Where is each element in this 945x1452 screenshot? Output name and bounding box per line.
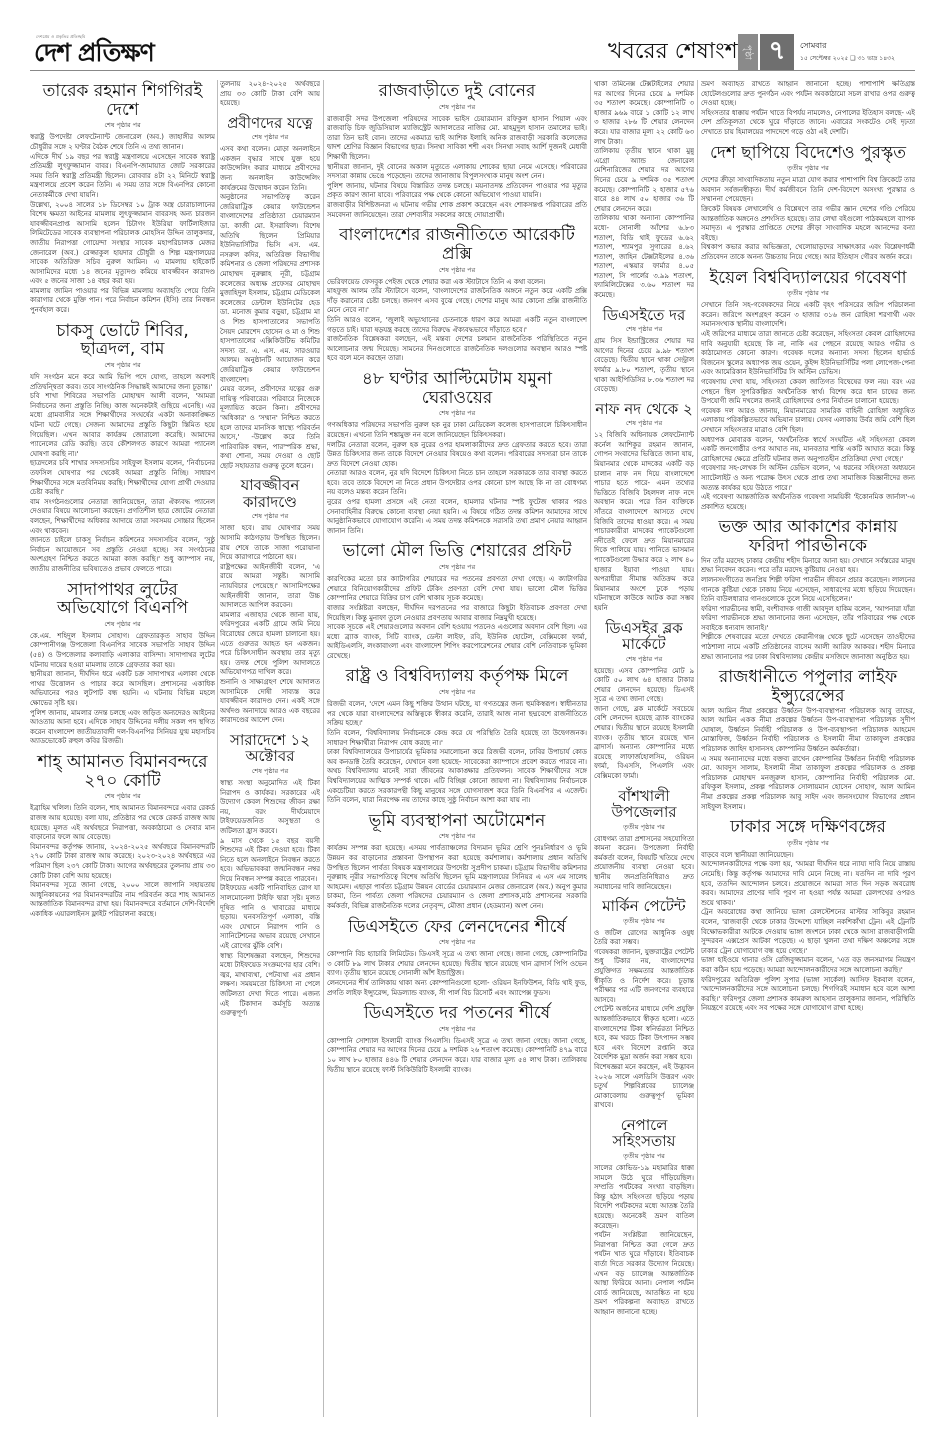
paragraph: জানতে চাইলে চাকসু নির্বাচন কমিশনের সদস্য… — [30, 536, 215, 574]
continuation-label: শেষ পৃষ্ঠার পর — [30, 120, 215, 131]
paragraph: দলটির নেতারা বলেন, নুরুল হক নুরের ওপর হা… — [327, 441, 587, 470]
paragraph: এদিকে দীর্ঘ ১৯ বছর পর স্বরাষ্ট্র মন্ত্রণ… — [30, 153, 215, 201]
paragraph: রাজনৈতিক বিশ্লেষকরা বলছেন, এই মন্তব্য দে… — [327, 335, 587, 364]
article: সাদাপাথর লুটের অভিযোগে বিএনপিশেষ পৃষ্ঠার… — [30, 581, 215, 748]
paragraph: ফরিদপুরের অতিরিক্ত পুলিশ সুপার (ভাঙ্গা স… — [701, 976, 915, 1014]
continuation-label: শেষ পৃষ্ঠার পর — [220, 132, 320, 143]
paragraph: গবেষণায় দেখা যায়, সহিংসতা কেবল জাতিগত … — [701, 378, 915, 407]
continuation-label: তৃতীয় পৃষ্ঠার পর — [594, 1151, 694, 1162]
paragraph: ১২ বিজিবি অধিনায়ক লেফটেন্যান্ট কর্নেল আ… — [594, 431, 694, 613]
article: রাজবাড়ীতে দুই বোনেরশেষ পৃষ্ঠার পররাজবাড… — [327, 82, 587, 220]
article-headline[interactable]: তারেক রহমান শিগগিরই দেশে — [30, 82, 215, 119]
article-headline[interactable]: ৪৮ ঘণ্টার আল্টিমেটাম যমুনা ঘেরাওয়ের — [327, 370, 587, 407]
article-headline[interactable]: ডিএসইতে ফের লেনদেনের শীর্ষে — [327, 918, 587, 937]
newspaper-logo[interactable]: দেশ প্রতিক্ষণ — [34, 39, 154, 67]
paragraph: দেশের ক্রীড়া সাংবাদিকতায় নতুন মাত্রা য… — [701, 176, 915, 205]
article-headline[interactable]: মার্কিন পেটেন্ট — [594, 898, 694, 915]
paragraph: কে.এম. শহিদুল ইসলাম সোহাগ। গ্রেফতারকৃত স… — [30, 632, 215, 670]
article: ডিএসইতে ফের লেনদেনের শীর্ষেশেষ পৃষ্ঠার প… — [327, 918, 587, 999]
paragraph: ভ্রমণ অব্যাহত রাখতে আহ্বান জানানো হচ্ছে।… — [701, 80, 915, 109]
paragraph: সাবেক সূচকে এই শেয়ারগুলোর অবদান বেশি হও… — [327, 623, 587, 661]
article: ইয়েল বিশ্ববিদ্যালয়ের গবেষণাতৃতীয় পৃষ্… — [701, 269, 915, 513]
paragraph: মেয়র বলেন, প্রবীণদের যত্নের গুরু দায়িত… — [220, 385, 320, 471]
article: সারাদেশে ১২ অক্টোবরশেষ পৃষ্ঠার পরস্বাস্থ… — [220, 732, 320, 1019]
column-divider — [323, 80, 324, 1417]
article-headline[interactable]: ভূমি ব্যবস্থাপনা অটোমেশন — [327, 812, 587, 831]
paragraph: টাইফয়েড একটি পানিবাহিত রোগ যা সালমোনেলা… — [220, 884, 320, 951]
paragraph: আল আমিন নীমা প্রকল্পের উর্ধ্বতন উপ-ব্যবস… — [701, 707, 915, 755]
column-divider — [217, 80, 218, 1417]
paragraph: ৯ মাস থেকে ১৫ বছর বয়সী শিশুদের এই টিকা … — [220, 837, 320, 885]
paragraph: বিশ্বকাপ কভার করার অভিজ্ঞতা, খেলোয়াড়দে… — [701, 243, 915, 262]
article-headline[interactable]: রাজবাড়ীতে দুই বোনের — [327, 82, 587, 101]
article-body: কার্যক্রম সম্পন্ন করা হয়েছে। এসময় পার্… — [327, 844, 587, 911]
article-headline[interactable]: ডিএসইতে দর পতনের শীর্ষে — [327, 1004, 587, 1023]
article-headline[interactable]: ভক্ত আর আকাশের কান্নায় ফরিদা পারভীনকে — [701, 518, 915, 555]
article-body: গণঅধিকার পরিষদের সভাপতি নুরুল হক নুর ঢাক… — [327, 421, 587, 536]
paragraph: শুনানি ও সাক্ষ্যগ্রহণ শেষে আদালত আসামিকে… — [220, 678, 320, 726]
paragraph: সালের কোভিড-১৯ মহামারির ধাক্কা সামলে উঠে… — [594, 1164, 694, 1231]
article-body: কোম্পানি বিচ হ্যাচারি লিমিটেড। ডিএসই সূত… — [327, 950, 587, 998]
article-body: সালের কোভিড-১৯ মহামারির ধাক্কা সামলে উঠে… — [594, 1164, 694, 1318]
article: ডিএসইর ব্লক মার্কেটেশেষ পৃষ্ঠার পরহয়েছে… — [594, 620, 694, 782]
paragraph: তুলনায় ২০২৪-২০২৫ অর্থবছরে প্রায় ৩৩ কোট… — [220, 80, 320, 109]
continuation-label: শেষ পৃষ্ঠার পর — [327, 265, 587, 276]
article-headline[interactable]: প্রবীণদের যত্নে — [220, 115, 320, 132]
paragraph: নুরের ওপর হামলা প্রসঙ্গে এই নেতা বলেন, হ… — [327, 498, 587, 536]
paragraph: লেনদেনের শীর্ষ তালিকায় থাকা অন্য কোম্পা… — [327, 979, 587, 998]
paragraph: স্বরাষ্ট্র উপদেষ্টা লেফটেন্যান্ট জেনারেল… — [30, 133, 215, 152]
article: বাঁশখালী উপজেলারতৃতীয় পৃষ্ঠার পরবোধগম্য… — [594, 788, 694, 893]
paragraph: গ্রাম সিস ইন্ডাস্ট্রিজের শেয়ার দর আগের … — [594, 337, 694, 395]
column-3: থাকা তমিনেক্স টেক্সটাইলের শেয়ার দর আগের… — [594, 80, 694, 1417]
article-headline[interactable]: শাহ্ আমানত বিমানবন্দরে ২৭০ কোটি — [30, 753, 215, 790]
paragraph: সহিংসতার ধাক্কায় পর্যটন খাতে বিপর্যয় ন… — [701, 109, 915, 138]
article-headline[interactable]: ইয়েল বিশ্ববিদ্যালয়ের গবেষণা — [701, 269, 915, 288]
article-headline[interactable]: সারাদেশে ১২ অক্টোবর — [220, 732, 320, 765]
article: তুলনায় ২০২৪-২০২৫ অর্থবছরে প্রায় ৩৩ কোট… — [220, 80, 320, 109]
article-body: ভ্রমণ অব্যাহত রাখতে আহ্বান জানানো হচ্ছে।… — [701, 80, 915, 138]
column-2-main: রাজবাড়ীতে দুই বোনেরশেষ পৃষ্ঠার পররাজবাড… — [327, 80, 587, 1417]
paragraph: লালনসংগীতের জনপ্রিয় শিল্পী ফরিদা পারভীন… — [701, 576, 915, 605]
article-body: রিজভী বলেন, 'দেশে এমন কিছু শক্তির উত্থান… — [327, 700, 587, 806]
section-title: খবরের শেষাংশ — [608, 38, 738, 66]
article: থাকা তমিনেক্স টেক্সটাইলের শেয়ার দর আগের… — [594, 80, 694, 301]
article: প্রবীণদের যত্নেশেষ পৃষ্ঠার পরএসব কথা বলে… — [220, 115, 320, 472]
article-headline[interactable]: চাকসু ভোটে শিবির, ছাত্রদল, বাম — [30, 322, 215, 359]
article-body: হয়েছে। এসব কোম্পানির মোট ৯ কোটি ৫০ লাখ … — [594, 667, 694, 782]
paragraph: গবেষক দল আরও জানায়, মিয়ানমারের সামরিক … — [701, 407, 915, 436]
continuation-label: শেষ পৃষ্ঠার পর — [30, 360, 215, 371]
article-headline[interactable]: বাঁশখালী উপজেলার — [594, 788, 694, 821]
article-body: বাড়বে বলে স্থানীয়রা জানিয়েছেন।আন্দোলন… — [701, 851, 915, 1014]
article: দেশ ছাপিয়ে বিদেশেও পুরস্কৃততৃতীয় পৃষ্ঠ… — [701, 144, 915, 263]
article: নেপালে সহিংসতায়তৃতীয় পৃষ্ঠার পরসালের ক… — [594, 1117, 694, 1318]
paragraph: গণঅধিকার পরিষদের সভাপতি নুরুল হক নুর ঢাক… — [327, 421, 587, 440]
continuation-label: তৃতীয় পৃষ্ঠার পর — [701, 163, 915, 174]
article: ডিএসইতে দরশেষ পৃষ্ঠার পরগ্রাম সিস ইন্ডাস… — [594, 307, 694, 395]
paragraph: উল্লেখ্য, ২০০৪ সালের ১৮ ডিসেম্বর ১০ ট্রা… — [30, 201, 215, 287]
continuation-label: শেষ পৃষ্ঠার পর — [594, 418, 694, 429]
paragraph: যদি সংগঠন মনে করে আমি ভিপি পদে যোগ্য, তা… — [30, 373, 215, 392]
paragraph: সাজা হবে। রায় ঘোষণার সময় আসামি কাঠগড়া… — [220, 524, 320, 562]
continuation-label: শেষ পৃষ্ঠার পর — [327, 102, 587, 113]
continuation-label: শেষ পৃষ্ঠার পর — [594, 324, 694, 335]
paragraph: রাষ্ট্রপক্ষের আইনজীবী বলেন, 'এ রায়ে আমর… — [220, 563, 320, 611]
paragraph: পর্যটন সংশ্লিষ্টরা জানিয়েছেন, নিরাপত্তা… — [594, 1231, 694, 1317]
paragraph: ইব্রাহিম খলিল। তিনি বলেন, শাহ আমানত বিমা… — [30, 804, 215, 842]
paragraph: তিনি আরও বলেন, 'জুলাই অভ্যুত্থানের চেতনা… — [327, 316, 587, 335]
column-1: তারেক রহমান শিগগিরই দেশেশেষ পৃষ্ঠার পরস্… — [30, 80, 215, 1417]
continuation-label: শেষ পৃষ্ঠার পর — [327, 1024, 587, 1035]
paragraph: সেখানে তিনি সহ-গবেষকদের নিয়ে একটি বৃহৎ … — [701, 301, 915, 330]
paragraph: এই গবেষণা আন্তর্জাতিক অর্থনৈতিক গবেষণা স… — [701, 493, 915, 512]
article-headline[interactable]: নাফ নদ থেকে ২ — [594, 401, 694, 418]
article-body: যদি সংগঠন মনে করে আমি ভিপি পদে যোগ্য, তা… — [30, 373, 215, 574]
article-body: সেখানে তিনি সহ-গবেষকদের নিয়ে একটি বৃহৎ … — [701, 301, 915, 512]
paragraph: বাড়বে বলে স্থানীয়রা জানিয়েছেন। — [701, 851, 915, 861]
paragraph: ট্রেন অবরোধের কথা জানিয়ে ভাঙ্গা রেলস্টে… — [701, 908, 915, 956]
paragraph: রিজভী বলেন, 'দেশে এমন কিছু শক্তির উত্থান… — [327, 700, 587, 729]
continuation-label: শেষ পৃষ্ঠার পর — [327, 408, 587, 419]
paragraph: পেটেন্ট অর্জনের মাধ্যমে দেশি প্রযুক্তি আ… — [594, 1005, 694, 1063]
article: চাকসু ভোটে শিবির, ছাত্রদল, বামশেষ পৃষ্ঠা… — [30, 322, 215, 575]
article-body: দিন তাঁর মরদেহ ঢাকার কেন্দ্রীয় শহীদ মিন… — [701, 557, 915, 663]
article: ভালো মৌল ভিত্তি শেয়ারের প্রফিটশেষ পৃষ্ঠ… — [327, 542, 587, 661]
paragraph: ছাত্রদলের চবি শাখার সদস্যসচিব সাইফুল ইসল… — [30, 459, 215, 497]
column-4: ভ্রমণ অব্যাহত রাখতে আহ্বান জানানো হচ্ছে।… — [701, 80, 915, 1417]
article-headline[interactable]: নেপালে সহিংসতায় — [594, 1117, 694, 1150]
paragraph: ক্রিকেট বিষয়ক লেখালেখি ও বিশ্লেষণে তার … — [701, 205, 915, 243]
article-headline[interactable]: বাংলাদেশের রাজনীতিতে আরেকটি প্রক্সি — [327, 226, 587, 263]
article: যাবজ্জীবন কারাদণ্ডেশেষ পৃষ্ঠার পরসাজা হব… — [220, 477, 320, 725]
article: রাজধানীতে পপুলার লাইফ ইন্স্যুরেন্সেরআল আ… — [701, 668, 915, 812]
paragraph: গবেষণার সহ-লেখক সি অস্টিন ডেভিস বলেন, 'এ… — [701, 464, 915, 493]
article-headline[interactable]: রাজধানীতে পপুলার লাইফ ইন্স্যুরেন্সের — [701, 668, 915, 705]
article-body: থাকা তমিনেক্স টেক্সটাইলের শেয়ার দর আগের… — [594, 80, 694, 301]
article: শাহ্ আমানত বিমানবন্দরে ২৭০ কোটিশেষ পৃষ্ঠ… — [30, 753, 215, 920]
article-body: সাজা হবে। রায় ঘোষণার সময় আসামি কাঠগড়া… — [220, 524, 320, 725]
paragraph: জানা গেছে, ব্লক মার্কেটে সবচেয়ে বেশি লে… — [594, 705, 694, 782]
article-body: আল আমিন নীমা প্রকল্পের উর্ধ্বতন উপ-ব্যবস… — [701, 707, 915, 813]
paragraph: তিনি বলেন, 'বিশ্ববিদ্যালয় নির্বাচনকে কে… — [327, 729, 587, 748]
paragraph: কোম্পানি বিচ হ্যাচারি লিমিটেড। ডিএসই সূত… — [327, 950, 587, 979]
paragraph: কোম্পানি সোশ্যাল ইসলামী ব্যাংক পিএলসি। ড… — [327, 1037, 587, 1075]
paragraph: কার্যক্রম সম্পন্ন করা হয়েছে। এসময় পার্… — [327, 844, 587, 911]
article-body: ও জটিল রোগের আধুনিক ওষুধ তৈরি করা সম্ভব।… — [594, 929, 694, 1111]
article-body: ১২ বিজিবি অধিনায়ক লেফটেন্যান্ট কর্নেল আ… — [594, 431, 694, 613]
paragraph: স্থানীয়রা জানান, দীর্ঘদিন ধরে একটি চক্র… — [30, 670, 215, 708]
paragraph: বোধগম্য তারা প্রশাসনের সহযোগিতা কামনা কর… — [594, 835, 694, 893]
article-body: ইব্রাহিম খলিল। তিনি বলেন, শাহ আমানত বিমা… — [30, 804, 215, 919]
article-body: দেশের ক্রীড়া সাংবাদিকতায় নতুন মাত্রা য… — [701, 176, 915, 262]
paragraph: নেতারা আরও বলেন, নুর যদি বিদেশে চিকিৎসা … — [327, 469, 587, 498]
continuation-label: তৃতীয় পৃষ্ঠার পর — [594, 822, 694, 833]
paragraph: কারণিকের মতো চার ক্যাটাগরির শেয়ারের দর … — [327, 575, 587, 604]
paragraph: রাজবাড়ী সদর উপজেলা পরিষদের সাবেক ভাইস চ… — [327, 115, 587, 163]
paragraph: চবি শাখা শিবিরের সভাপতি মোহাম্মদ আলী বলে… — [30, 392, 215, 459]
paragraph: তালিকায় থাকা অন্যান্য কোম্পানির মধ্যে- … — [594, 214, 694, 300]
article: ভূমি ব্যবস্থাপনা অটোমেশনশেষ পৃষ্ঠার পরকা… — [327, 812, 587, 912]
paragraph: বিমানবন্দর সূত্রে জানা গেছে, ২০০০ সালে জ… — [30, 881, 215, 919]
paragraph: মামলার এজাহার থেকে জানা যায়, ফরিদপুরের … — [220, 611, 320, 678]
article: ভক্ত আর আকাশের কান্নায় ফরিদা পারভীনকেদি… — [701, 518, 915, 662]
article-body: বোধগম্য তারা প্রশাসনের সহযোগিতা কামনা কর… — [594, 835, 694, 893]
continuation-label: তৃতীয় পৃষ্ঠার পর — [594, 916, 694, 927]
paragraph: মামলায় জামিন পাওয়ার পর বিভিন্ন মামলায়… — [30, 287, 215, 316]
paragraph: স্থানীয়রা জানান, দুই বোনের অকাল মৃত্যুত… — [327, 163, 587, 182]
paragraph: দিন তাঁর মরদেহ ঢাকার কেন্দ্রীয় শহীদ মিন… — [701, 557, 915, 576]
paragraph: রাজবাড়ীর বিশিষ্টজনরা এ ঘটনায় গভীর শোক … — [327, 201, 587, 220]
newspaper-page: দেশপ্রেম ও প্রকৃতির প্রতিচ্ছবি দেশ প্রতি… — [0, 0, 945, 1452]
column-divider — [697, 80, 698, 1417]
paragraph: শিল্পীকে শেষবারের মতো দেখতে কেরানীগঞ্জ থ… — [701, 633, 915, 662]
article-body: এসব কথা বলেন। মোড়া অনলাইনে একজন বৃদ্ধার… — [220, 145, 320, 471]
paragraph: এসব কথা বলেন। মোড়া অনলাইনে একজন বৃদ্ধার… — [220, 145, 320, 193]
article: ভ্রমণ অব্যাহত রাখতে আহ্বান জানানো হচ্ছে।… — [701, 80, 915, 138]
article-body: স্বরাষ্ট্র উপদেষ্টা লেফটেন্যান্ট জেনারেল… — [30, 133, 215, 315]
article: তারেক রহমান শিগগিরই দেশেশেষ পৃষ্ঠার পরস্… — [30, 82, 215, 316]
article: মার্কিন পেটেন্টতৃতীয় পৃষ্ঠার পরও জটিল র… — [594, 898, 694, 1111]
continuation-label: শেষ পৃষ্ঠার পর — [220, 766, 320, 777]
continuation-label: শেষ পৃষ্ঠার পর — [594, 654, 694, 665]
paragraph: ও জটিল রোগের আধুনিক ওষুধ তৈরি করা সম্ভব। — [594, 929, 694, 948]
column-1-side: তুলনায় ২০২৪-২০২৫ অর্থবছরে প্রায় ৩৩ কোট… — [220, 80, 320, 1417]
article-body: তুলনায় ২০২৪-২০২৫ অর্থবছরে প্রায় ৩৩ কোট… — [220, 80, 320, 109]
paragraph: পুলিশ জানায়, মামলার তদন্ত চলছে এবং জড়ি… — [30, 709, 215, 747]
paragraph: এ সময় অন্যান্যদের মধ্যে বক্তব্য রাখেন ক… — [701, 755, 915, 813]
article-headline[interactable]: ঢাকার সঙ্গে দক্ষিণবঙ্গের — [701, 818, 915, 837]
masthead: দেশপ্রেম ও প্রকৃতির প্রতিচ্ছবি দেশ প্রতি… — [30, 30, 915, 71]
article-body: ভেরিফায়েড ফেসবুক পেইজ থেকে শেয়ার করা এ… — [327, 278, 587, 364]
article-body: রাজবাড়ী সদর উপজেলা পরিষদের সাবেক ভাইস চ… — [327, 115, 587, 221]
continuation-label: শেষ পৃষ্ঠার পর — [327, 562, 587, 573]
paragraph: বিমানবন্দর কর্তৃপক্ষ জানায়, ২০২৪-২০২৫ অ… — [30, 843, 215, 881]
paragraph: এই জরিপের মাধ্যমে তারা জানতে চেষ্টা করেছ… — [701, 330, 915, 378]
article-body: স্বাস্থ্য সংস্থা অনুমোদিত এই টিকা নিরাপদ… — [220, 779, 320, 1019]
article-headline[interactable]: দেশ ছাপিয়ে বিদেশেও পুরস্কৃত — [701, 144, 915, 163]
article-body: কারণিকের মতো চার ক্যাটাগরির শেয়ারের দর … — [327, 575, 587, 661]
paragraph: বাম সংগঠনগুলোর নেতারা জানিয়েছেন, তারা ঐ… — [30, 498, 215, 536]
continuation-label: শেষ পৃষ্ঠার পর — [30, 791, 215, 802]
column-divider — [590, 80, 591, 1417]
issue-date: ১৫ সেপ্টেম্বর ২০২৫ ❑ ৩১ ভাদ্র ১৪৩২ — [800, 53, 895, 64]
article-headline[interactable]: ভালো মৌল ভিত্তি শেয়ারের প্রফিট — [327, 542, 587, 561]
page-label: পৃষ্ঠা — [738, 34, 758, 70]
page-number: ৭ — [760, 34, 794, 70]
paragraph: অনুষ্ঠানের সভাপতিত্ব করেন জেরিয়াট্রিক ক… — [220, 193, 320, 385]
paragraph: মাহফুজ আলম তাঁর স্ট্যাটাসে বলেন, 'বাংলাদ… — [327, 287, 587, 316]
issue-day: সোমবার — [800, 40, 826, 53]
paragraph: আন্দোলনকারীদের পক্ষে বলা হয়, 'আমরা দীর্… — [701, 860, 915, 908]
continuation-label: শেষ পৃষ্ঠার পর — [220, 511, 320, 522]
paragraph: ভেরিফায়েড ফেসবুক পেইজ থেকে শেয়ার করা এ… — [327, 278, 587, 288]
continuation-label: শেষ পৃষ্ঠার পর — [327, 831, 587, 842]
article-body: কে.এম. শহিদুল ইসলাম সোহাগ। গ্রেফতারকৃত স… — [30, 632, 215, 747]
paragraph: পুলিশ জানায়, ঘটনার বিষয়ে বিস্তারিত তদন… — [327, 182, 587, 201]
continuation-label: শেষ পৃষ্ঠার পর — [327, 687, 587, 698]
paragraph: গবেষকরা জানান, যুক্তরাষ্ট্রের পেটেন্ট শু… — [594, 948, 694, 1006]
article-body: কোম্পানি সোশ্যাল ইসলামী ব্যাংক পিএলসি। ড… — [327, 1037, 587, 1075]
paragraph: হয়েছে। এসব কোম্পানির মোট ৯ কোটি ৫০ লাখ … — [594, 667, 694, 705]
continuation-label: শেষ পৃষ্ঠার পর — [327, 937, 587, 948]
article: ৪৮ ঘণ্টার আল্টিমেটাম যমুনা ঘেরাওয়েরশেষ … — [327, 370, 587, 537]
continuation-label: তৃতীয় পৃষ্ঠার পর — [701, 838, 915, 849]
paragraph: বিশেষজ্ঞরা মনে করছেন, এই উদ্ভাবন ২০২৬ সা… — [594, 1063, 694, 1111]
article-headline[interactable]: সাদাপাথর লুটের অভিযোগে বিএনপি — [30, 581, 215, 618]
article: বাংলাদেশের রাজনীতিতে আরেকটি প্রক্সিশেষ প… — [327, 226, 587, 364]
paragraph: স্বাস্থ্য বিশেষজ্ঞরা বলছেন, শিশুদের মধ্য… — [220, 952, 320, 1019]
article: রাষ্ট্র ও বিশ্ববিদ্যালয় কর্তৃপক্ষ মিলেশ… — [327, 667, 587, 805]
paragraph: ফরিদা পারভীনের স্বামী, বংশীবাদক গাজী আবদ… — [701, 605, 915, 634]
article-headline[interactable]: ডিএসইতে দর — [594, 307, 694, 324]
continuation-label: শেষ পৃষ্ঠার পর — [30, 619, 215, 630]
paragraph: ভাঙ্গা হাইওয়ে থানার ওসি রেজিবুজ্জামান ব… — [701, 956, 915, 975]
paragraph: ঢাকা বিশ্ববিদ্যালয়ের উপাচার্যের ভূমিকার… — [327, 748, 587, 806]
paragraph: থাকা তমিনেক্স টেক্সটাইলের শেয়ার দর আগের… — [594, 80, 694, 147]
article-body: গ্রাম সিস ইন্ডাস্ট্রিজের শেয়ার দর আগের … — [594, 337, 694, 395]
article: ডিএসইতে দর পতনের শীর্ষেশেষ পৃষ্ঠার পরকোম… — [327, 1004, 587, 1075]
paragraph: বাজার সংশ্লিষ্টরা বলছেন, দীর্ঘদিন দরপতনে… — [327, 604, 587, 623]
article-headline[interactable]: ডিএসইর ব্লক মার্কেটে — [594, 620, 694, 653]
article-headline[interactable]: যাবজ্জীবন কারাদণ্ডে — [220, 477, 320, 510]
article: ঢাকার সঙ্গে দক্ষিণবঙ্গেরতৃতীয় পৃষ্ঠার প… — [701, 818, 915, 1014]
article-headline[interactable]: রাষ্ট্র ও বিশ্ববিদ্যালয় কর্তৃপক্ষ মিলে — [327, 667, 587, 686]
paragraph: তালিকায় তৃতীয় স্থানে থাকা মুন্নু এগ্রো… — [594, 147, 694, 214]
article: নাফ নদ থেকে ২শেষ পৃষ্ঠার পর১২ বিজিবি অধি… — [594, 401, 694, 614]
paragraph: অধ্যাপক মোবারক বলেন, 'অর্থনৈতিক স্বার্থে… — [701, 436, 915, 465]
continuation-label: তৃতীয় পৃষ্ঠার পর — [701, 288, 915, 299]
paragraph: স্বাস্থ্য সংস্থা অনুমোদিত এই টিকা নিরাপদ… — [220, 779, 320, 837]
